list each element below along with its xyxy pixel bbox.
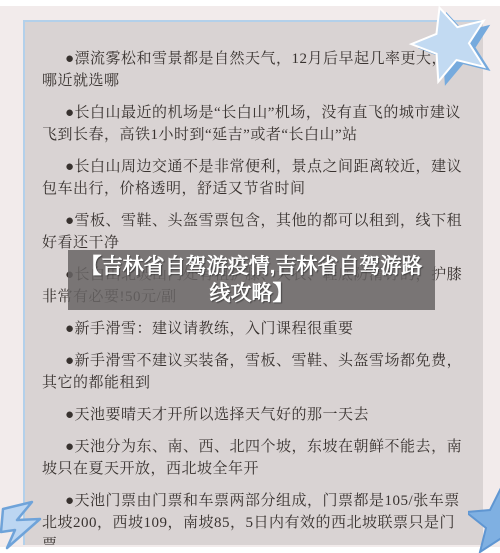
title-overlay: 【吉林省自驾游疫情,吉林省自驾游路线攻略】 <box>68 250 435 310</box>
tip-item: ●雪板、雪鞋、头盔雪票包含，其他的都可以租到，线下租好看还干净 <box>42 210 465 254</box>
tip-item: ●漂流雾松和雪景都是自然天气，12月后早起几率更大，离哪近就选哪 <box>42 48 465 92</box>
page-title: 【吉林省自驾游疫情,吉林省自驾游路线攻略】 <box>68 253 435 307</box>
tip-item: ●天池要晴天才开所以选择天气好的那一天去 <box>42 404 465 426</box>
tip-item: ●新手滑雪：建议请教练，入门课程很重要 <box>42 318 465 340</box>
tip-item: ●天池分为东、南、西、北四个坡，东坡在朝鲜不能去，南坡只在夏天开放，西北坡全年开 <box>42 436 465 480</box>
tip-item: ●长白山周边交通不是非常便利，景点之间距离较近，建议包车出行，价格透明，舒适又节… <box>42 156 465 200</box>
tip-item: ●天池门票由门票和车票两部分组成，门票都是105/张车票北坡200，西坡109，… <box>42 490 465 545</box>
tip-item: ●长白山最近的机场是“长白山”机场，没有直飞的城市建议飞到长春，高铁1小时到“延… <box>42 102 465 146</box>
tip-item: ●新手滑雪不建议买装备，雪板、雪鞋、头盔雪场都免费，其它的都能租到 <box>42 350 465 394</box>
